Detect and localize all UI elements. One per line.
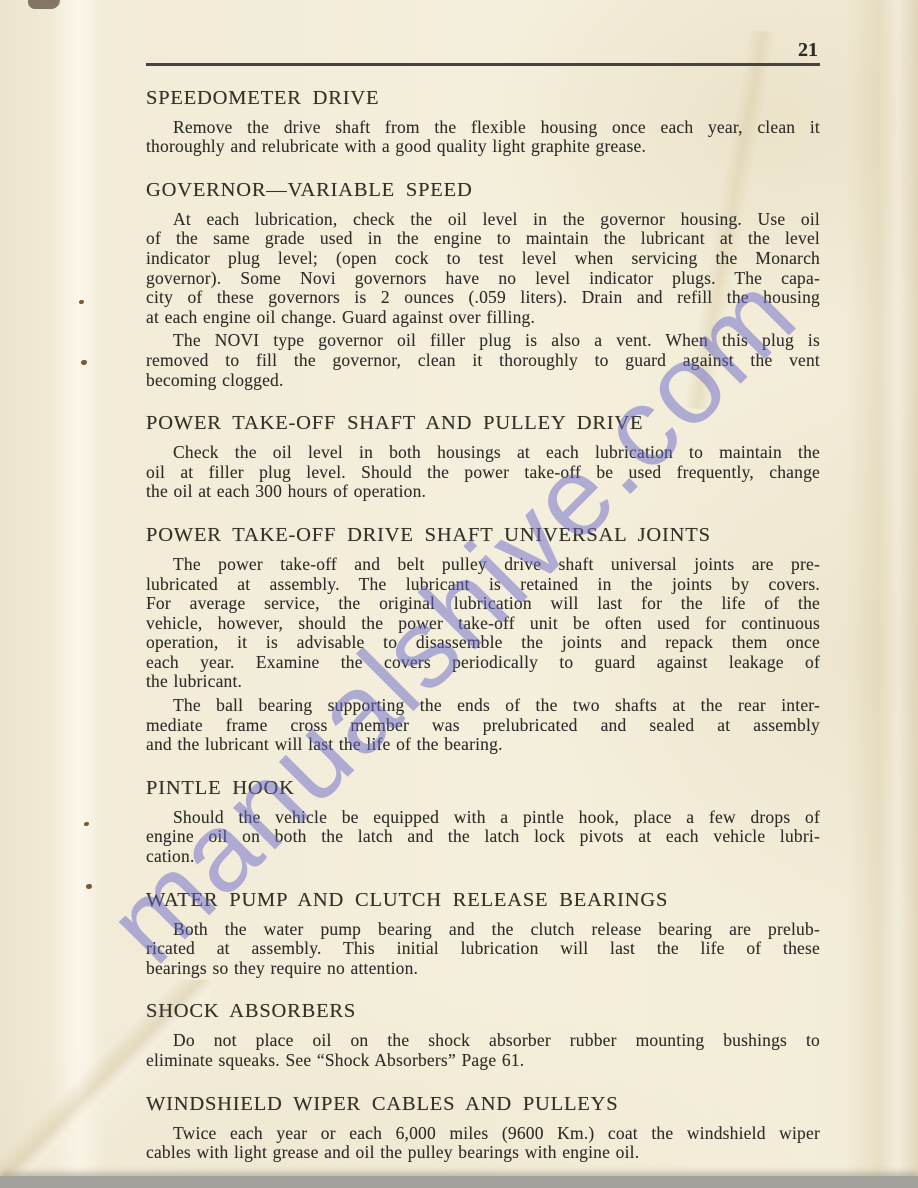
paragraph: Remove the drive shaft from the flexible… <box>146 118 820 157</box>
text-line: at each engine oil change. Guard against… <box>146 308 820 328</box>
text-line: the lubricant. <box>146 672 820 692</box>
text-line: oil at filler plug level. Should the pow… <box>146 463 820 483</box>
text-line: At each lubrication, check the oil level… <box>146 210 820 230</box>
text-line: eliminate squeaks. See “Shock Absorbers”… <box>146 1051 820 1071</box>
page-number: 21 <box>146 39 820 61</box>
text-line: governor). Some Novi governors have no l… <box>146 269 820 289</box>
section-shock-absorbers: SHOCK ABSORBERS Do not place oil on the … <box>146 1000 820 1070</box>
text-line: The NOVI type governor oil filler plug i… <box>146 331 820 351</box>
paragraph: At each lubrication, check the oil level… <box>146 210 820 328</box>
text-line: Do not place oil on the shock absorber r… <box>146 1031 820 1051</box>
text-line: removed to fill the governor, clean it t… <box>146 351 820 371</box>
paragraph: The NOVI type governor oil filler plug i… <box>146 331 820 390</box>
text-line: cables with light grease and oil the pul… <box>146 1143 820 1163</box>
ink-speck <box>86 884 92 889</box>
text-line: vehicle, however, should the power take-… <box>146 614 820 634</box>
right-edge-shading <box>846 0 918 1188</box>
text-line: operation, it is advisable to disassembl… <box>146 633 820 653</box>
text-line: each year. Examine the covers periodical… <box>146 653 820 673</box>
scanner-strip-bottom <box>0 1176 918 1188</box>
text-line: cation. <box>146 847 820 867</box>
paragraph: Should the vehicle be equipped with a pi… <box>146 808 820 867</box>
text-line: Should the vehicle be equipped with a pi… <box>146 808 820 828</box>
section-speedometer-drive: SPEEDOMETER DRIVE Remove the drive shaft… <box>146 87 820 157</box>
section-windshield-wiper-cables-and-pulleys: WINDSHIELD WIPER CABLES AND PULLEYS Twic… <box>146 1093 820 1163</box>
section-power-take-off-shaft-and-pulley-drive: POWER TAKE-OFF SHAFT AND PULLEY DRIVE Ch… <box>146 412 820 502</box>
text-line: engine oil on both the latch and the lat… <box>146 827 820 847</box>
paragraph: Check the oil level in both housings at … <box>146 443 820 502</box>
text-line: Check the oil level in both housings at … <box>146 443 820 463</box>
page-content: 21 SPEEDOMETER DRIVE Remove the drive sh… <box>146 39 820 1167</box>
header-rule <box>146 63 820 66</box>
section-pintle-hook: PINTLE HOOK Should the vehicle be equipp… <box>146 777 820 867</box>
section-heading: SHOCK ABSORBERS <box>146 1000 820 1022</box>
paragraph: Twice each year or each 6,000 miles (960… <box>146 1124 820 1163</box>
text-line: Twice each year or each 6,000 miles (960… <box>146 1124 820 1144</box>
text-line: the oil at each 300 hours of operation. <box>146 482 820 502</box>
text-line: indicator plug level; (open cock to test… <box>146 249 820 269</box>
text-line: ricated at assembly. This initial lubric… <box>146 939 820 959</box>
ink-speck <box>79 300 84 304</box>
ink-speck <box>81 360 87 365</box>
text-line: and the lubricant will last the life of … <box>146 735 820 755</box>
section-heading: PINTLE HOOK <box>146 777 820 799</box>
text-line: Both the water pump bearing and the clut… <box>146 920 820 940</box>
text-line: For average service, the original lubric… <box>146 594 820 614</box>
text-line: The power take-off and belt pulley drive… <box>146 555 820 575</box>
text-line: becoming clogged. <box>146 371 820 391</box>
text-line: Remove the drive shaft from the flexible… <box>146 118 820 138</box>
paragraph: The power take-off and belt pulley drive… <box>146 555 820 692</box>
paragraph: Do not place oil on the shock absorber r… <box>146 1031 820 1070</box>
corner-notch-top-left <box>28 0 60 9</box>
text-line: bearings so they require no attention. <box>146 959 820 979</box>
section-heading: SPEEDOMETER DRIVE <box>146 87 820 109</box>
text-line: thoroughly and relubricate with a good q… <box>146 137 820 157</box>
text-line: mediate frame cross member was prelubric… <box>146 716 820 736</box>
paragraph: Both the water pump bearing and the clut… <box>146 920 820 979</box>
text-line: city of these governors is 2 ounces (.05… <box>146 288 820 308</box>
ink-speck <box>84 822 89 826</box>
text-line: The ball bearing supporting the ends of … <box>146 696 820 716</box>
section-water-pump-and-clutch-release-bearings: WATER PUMP AND CLUTCH RELEASE BEARINGS B… <box>146 889 820 979</box>
section-power-take-off-drive-shaft-universal-joints: POWER TAKE-OFF DRIVE SHAFT UNIVERSAL JOI… <box>146 524 820 755</box>
section-heading: POWER TAKE-OFF SHAFT AND PULLEY DRIVE <box>146 412 820 434</box>
paragraph: The ball bearing supporting the ends of … <box>146 696 820 755</box>
text-line: lubricated at assembly. The lubricant is… <box>146 575 820 595</box>
text-line: of the same grade used in the engine to … <box>146 229 820 249</box>
section-heading: GOVERNOR—VARIABLE SPEED <box>146 179 820 201</box>
page-scan: 21 SPEEDOMETER DRIVE Remove the drive sh… <box>0 0 918 1188</box>
section-heading: WATER PUMP AND CLUTCH RELEASE BEARINGS <box>146 889 820 911</box>
section-governor-variable-speed: GOVERNOR—VARIABLE SPEED At each lubricat… <box>146 179 820 390</box>
section-heading: WINDSHIELD WIPER CABLES AND PULLEYS <box>146 1093 820 1115</box>
section-heading: POWER TAKE-OFF DRIVE SHAFT UNIVERSAL JOI… <box>146 524 820 546</box>
